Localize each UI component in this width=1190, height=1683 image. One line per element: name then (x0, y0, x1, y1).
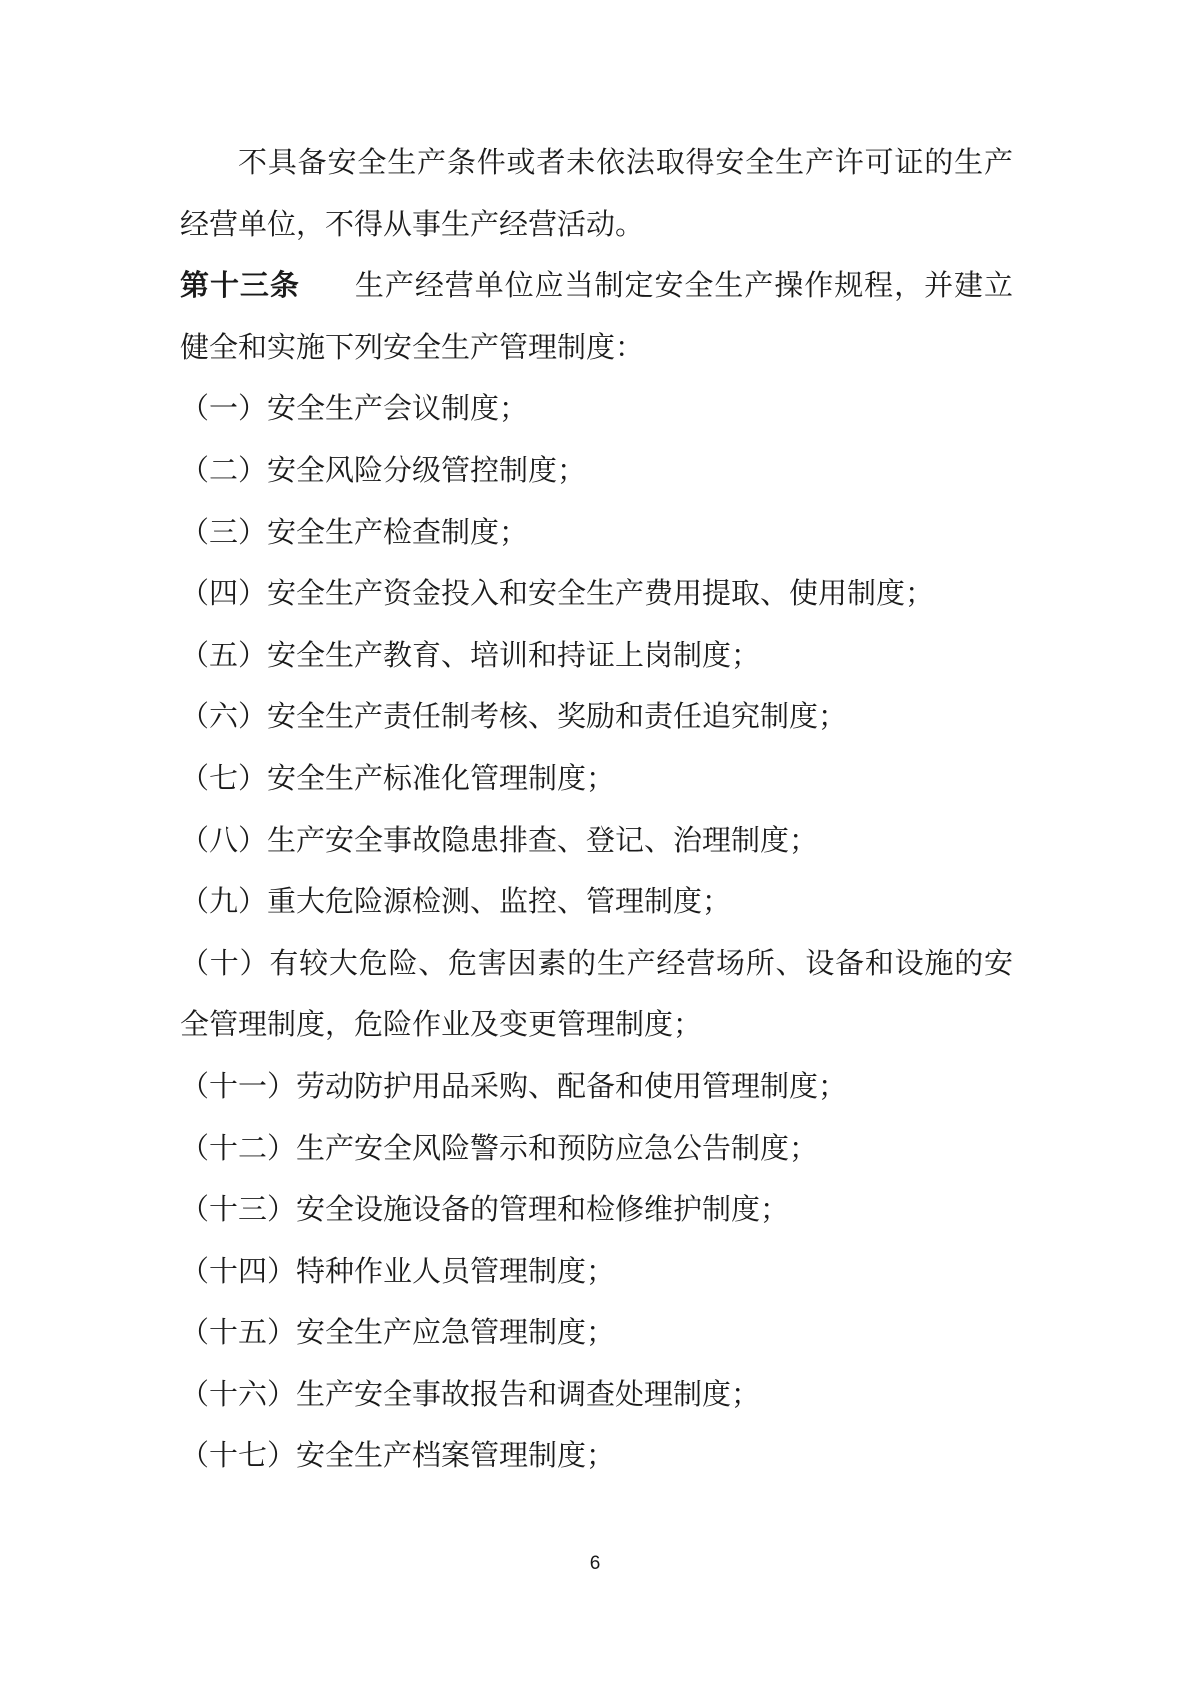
list-item: （四）安全生产资金投入和安全生产费用提取、使用制度； (180, 564, 1013, 626)
article-number: 第十三条 (180, 270, 300, 302)
list-item: （十七）安全生产档案管理制度； (180, 1426, 1013, 1488)
list-item: （十一）劳动防护用品采购、配备和使用管理制度； (180, 1057, 1013, 1119)
list-item: （十）有较大危险、危害因素的生产经营场所、设备和设施的安全管理制度，危险作业及变… (180, 934, 1013, 1057)
page-number: 6 (590, 1553, 601, 1574)
list-item: （一）安全生产会议制度； (180, 379, 1013, 441)
article-text: 生产经营单位应当制定安全生产操作规程，并建立健全和实施下列安全生产管理制度： (180, 270, 1013, 364)
list-item: （十三）安全设施设备的管理和检修维护制度； (180, 1180, 1013, 1242)
list-item: （三）安全生产检查制度； (180, 503, 1013, 565)
list-item: （九）重大危险源检测、监控、管理制度； (180, 872, 1013, 934)
list-item: （六）安全生产责任制考核、奖励和责任追究制度； (180, 687, 1013, 749)
list-item: （十六）生产安全事故报告和调查处理制度； (180, 1365, 1013, 1427)
list-item: （十二）生产安全风险警示和预防应急公告制度； (180, 1119, 1013, 1181)
list-item: （十四）特种作业人员管理制度； (180, 1242, 1013, 1304)
page-footer: 6 (0, 1553, 1190, 1575)
list-item: （七）安全生产标准化管理制度； (180, 749, 1013, 811)
document-page: 不具备安全生产条件或者未依法取得安全生产许可证的生产经营单位，不得从事生产经营活… (0, 0, 1190, 1683)
list-item: （十五）安全生产应急管理制度； (180, 1303, 1013, 1365)
article-paragraph: 第十三条生产经营单位应当制定安全生产操作规程，并建立健全和实施下列安全生产管理制… (180, 256, 1013, 379)
document-body: 不具备安全生产条件或者未依法取得安全生产许可证的生产经营单位，不得从事生产经营活… (180, 133, 1013, 1488)
list-item: （八）生产安全事故隐患排查、登记、治理制度； (180, 811, 1013, 873)
body-paragraph: 不具备安全生产条件或者未依法取得安全生产许可证的生产经营单位，不得从事生产经营活… (180, 133, 1013, 256)
list-item: （五）安全生产教育、培训和持证上岗制度； (180, 626, 1013, 688)
list-item: （二）安全风险分级管控制度； (180, 441, 1013, 503)
